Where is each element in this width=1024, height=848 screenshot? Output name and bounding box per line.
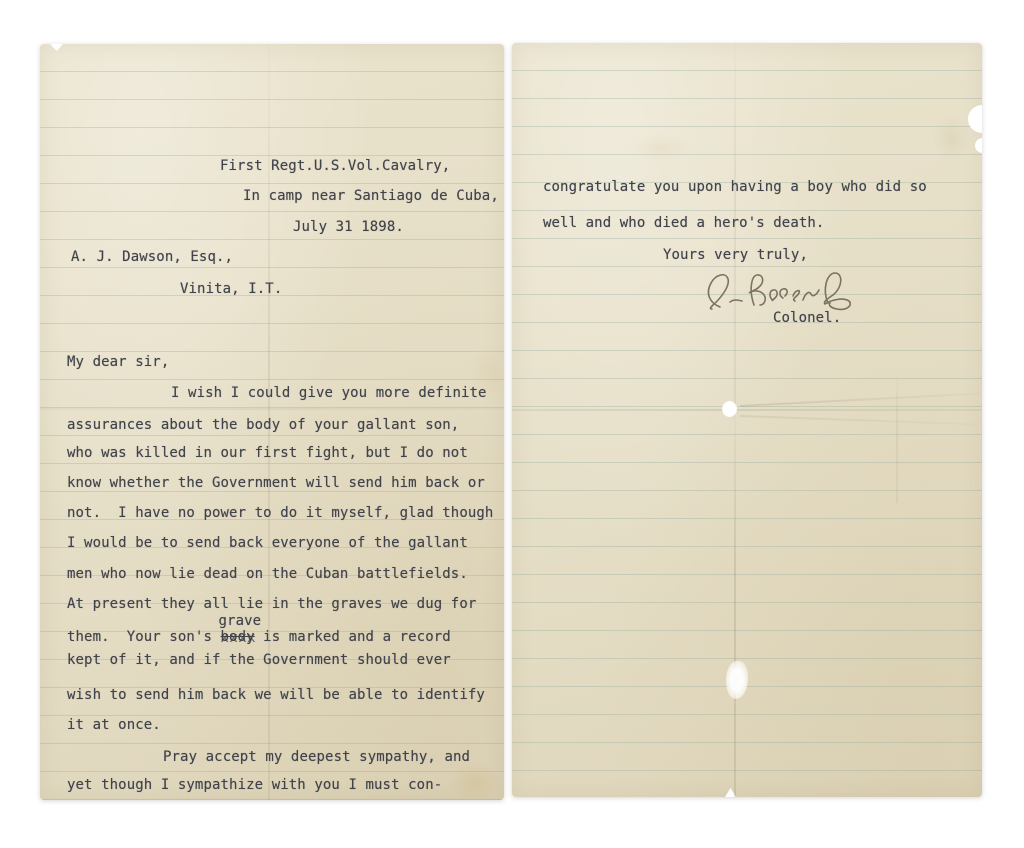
correction-wrap: gravebodyxxxx [221, 629, 255, 645]
correction-overstrike-marks: xxxx [221, 630, 256, 646]
typed-line: know whether the Government will send hi… [67, 475, 485, 491]
typed-line: I would be to send back everyone of the … [67, 535, 468, 551]
letter-page-1: First Regt.U.S.Vol.Cavalry, In camp near… [40, 44, 504, 800]
signature-title: Colonel. [773, 310, 841, 326]
paper-stain [632, 133, 692, 163]
fold-crease-horizontal [512, 409, 982, 411]
wrinkle-crease-short [896, 373, 898, 503]
fold-crease-horizontal [40, 408, 504, 410]
wrinkle-crease-diagonal [740, 415, 975, 425]
typed-line: men who now lie dead on the Cuban battle… [67, 566, 468, 582]
correction-inserted-word: grave [219, 613, 262, 629]
typed-line: kept of it, and if the Government should… [67, 652, 451, 668]
letterhead-date: July 31 1898. [293, 219, 404, 235]
typed-line: yet though I sympathize with you I must … [67, 777, 442, 793]
correction-prefix: them. Your son's [67, 629, 221, 645]
letterhead-location: In camp near Santiago de Cuba, [243, 188, 499, 204]
paper-stain [932, 113, 972, 163]
addressee-name: A. J. Dawson, Esq., [71, 249, 233, 265]
letterhead-regiment: First Regt.U.S.Vol.Cavalry, [220, 158, 450, 174]
letter-photograph: First Regt.U.S.Vol.Cavalry, In camp near… [0, 0, 1024, 848]
paper-abrasion-spot [726, 661, 748, 699]
signature-ink-strokes [708, 273, 850, 309]
typed-line: it at once. [67, 717, 161, 733]
typed-line: I wish I could give you more definite [171, 385, 487, 401]
typed-line: Pray accept my deepest sympathy, and [163, 749, 470, 765]
typed-line: At present they all lie in the graves we… [67, 596, 476, 612]
wrinkle-crease-diagonal [740, 392, 980, 406]
paper-nick-bottom [725, 788, 736, 797]
paper-bite-notch [968, 105, 982, 133]
closing-line: Yours very truly, [663, 247, 808, 263]
typed-line: congratulate you upon having a boy who d… [543, 179, 927, 195]
typed-line-with-correction: them. Your son's gravebodyxxxx is marked… [67, 629, 451, 645]
addressee-city: Vinita, I.T. [180, 281, 282, 297]
typed-line: assurances about the body of your gallan… [67, 417, 459, 433]
roosevelt-signature [690, 263, 890, 317]
typed-line: wish to send him back we will be able to… [67, 687, 485, 703]
paper-bite-notch-small [975, 138, 982, 153]
typed-line: not. I have no power to do it myself, gl… [67, 505, 493, 521]
correction-suffix: is marked and a record [255, 629, 451, 645]
typed-line: who was killed in our first fight, but I… [67, 445, 468, 461]
salutation: My dear sir, [67, 354, 169, 370]
paper-hole [722, 401, 737, 417]
typed-line: well and who died a hero's death. [543, 215, 824, 231]
letter-page-2: congratulate you upon having a boy who d… [512, 43, 982, 797]
fold-crease-vertical-lower [734, 415, 736, 797]
paper-stain [448, 762, 502, 800]
paper-nick [50, 44, 63, 51]
